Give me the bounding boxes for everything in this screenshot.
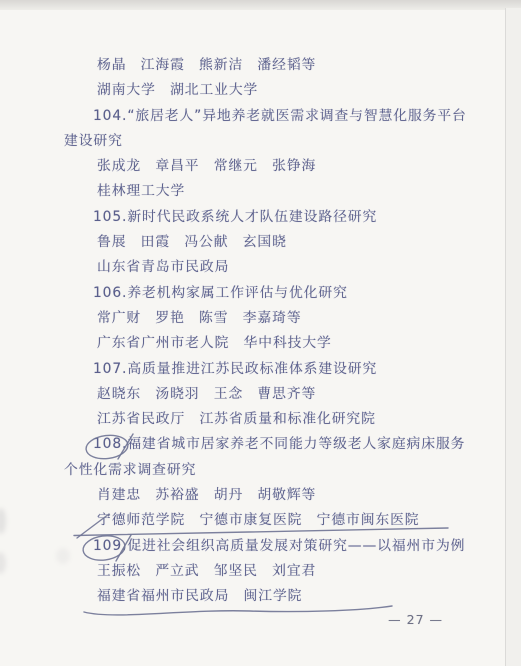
title-line: 108.福建省城市居家养老不同能力等级老人家庭病床服务 [64,432,491,457]
institutions-line: 江苏省民政厅 江苏省质量和标准化研究院 [64,407,491,432]
scan-smudge [56,548,70,564]
authors-line: 肖建忠 苏裕盛 胡丹 胡敬辉等 [64,483,491,508]
institutions-line: 桂林理工大学 [64,179,491,204]
institutions-line: 宁德师范学院 宁德市康复医院 宁德市闽东医院 [64,508,491,533]
title-line: 109.促进社会组织高质量发展对策研究——以福州市为例 [64,534,491,559]
document-page: 杨晶 江海霞 熊新洁 潘经韬等湖南大学 湖北工业大学104.“旅居老人”异地养老… [0,8,521,666]
page-number: — 27 — [388,612,443,627]
scan-smudge [0,508,6,534]
title-line: 105.新时代民政系统人才队伍建设路径研究 [64,205,491,230]
title-line: 107.高质量推进江苏民政标准体系建设研究 [64,357,491,382]
institutions-line: 湖南大学 湖北工业大学 [64,78,491,103]
authors-line: 赵晓东 汤晓羽 王念 曹思齐等 [64,382,491,407]
scan-edge-right [505,8,521,666]
title-line: 104.“旅居老人”异地养老就医需求调查与智慧化服务平台 [64,104,491,129]
scan-smudge [0,552,6,574]
scan-edge-top [0,0,521,10]
title-line: 106.养老机构家属工作评估与优化研究 [64,281,491,306]
title-continuation-line: 建设研究 [64,129,491,154]
institutions-line: 山东省青岛市民政局 [64,255,491,280]
authors-line: 王振松 严立武 邹坚民 刘宜君 [64,559,491,584]
authors-line: 张成龙 章昌平 常继元 张铮海 [64,154,491,179]
text-block: 杨晶 江海霞 熊新洁 潘经韬等湖南大学 湖北工业大学104.“旅居老人”异地养老… [64,53,491,610]
authors-line: 鲁展 田霞 冯公献 玄国晓 [64,230,491,255]
authors-line: 常广财 罗艳 陈雪 李嘉琦等 [64,306,491,331]
institutions-line: 福建省福州市民政局 闽江学院 [64,584,491,609]
authors-line: 杨晶 江海霞 熊新洁 潘经韬等 [64,53,491,78]
title-continuation-line: 个性化需求调查研究 [64,458,491,483]
institutions-line: 广东省广州市老人院 华中科技大学 [64,331,491,356]
